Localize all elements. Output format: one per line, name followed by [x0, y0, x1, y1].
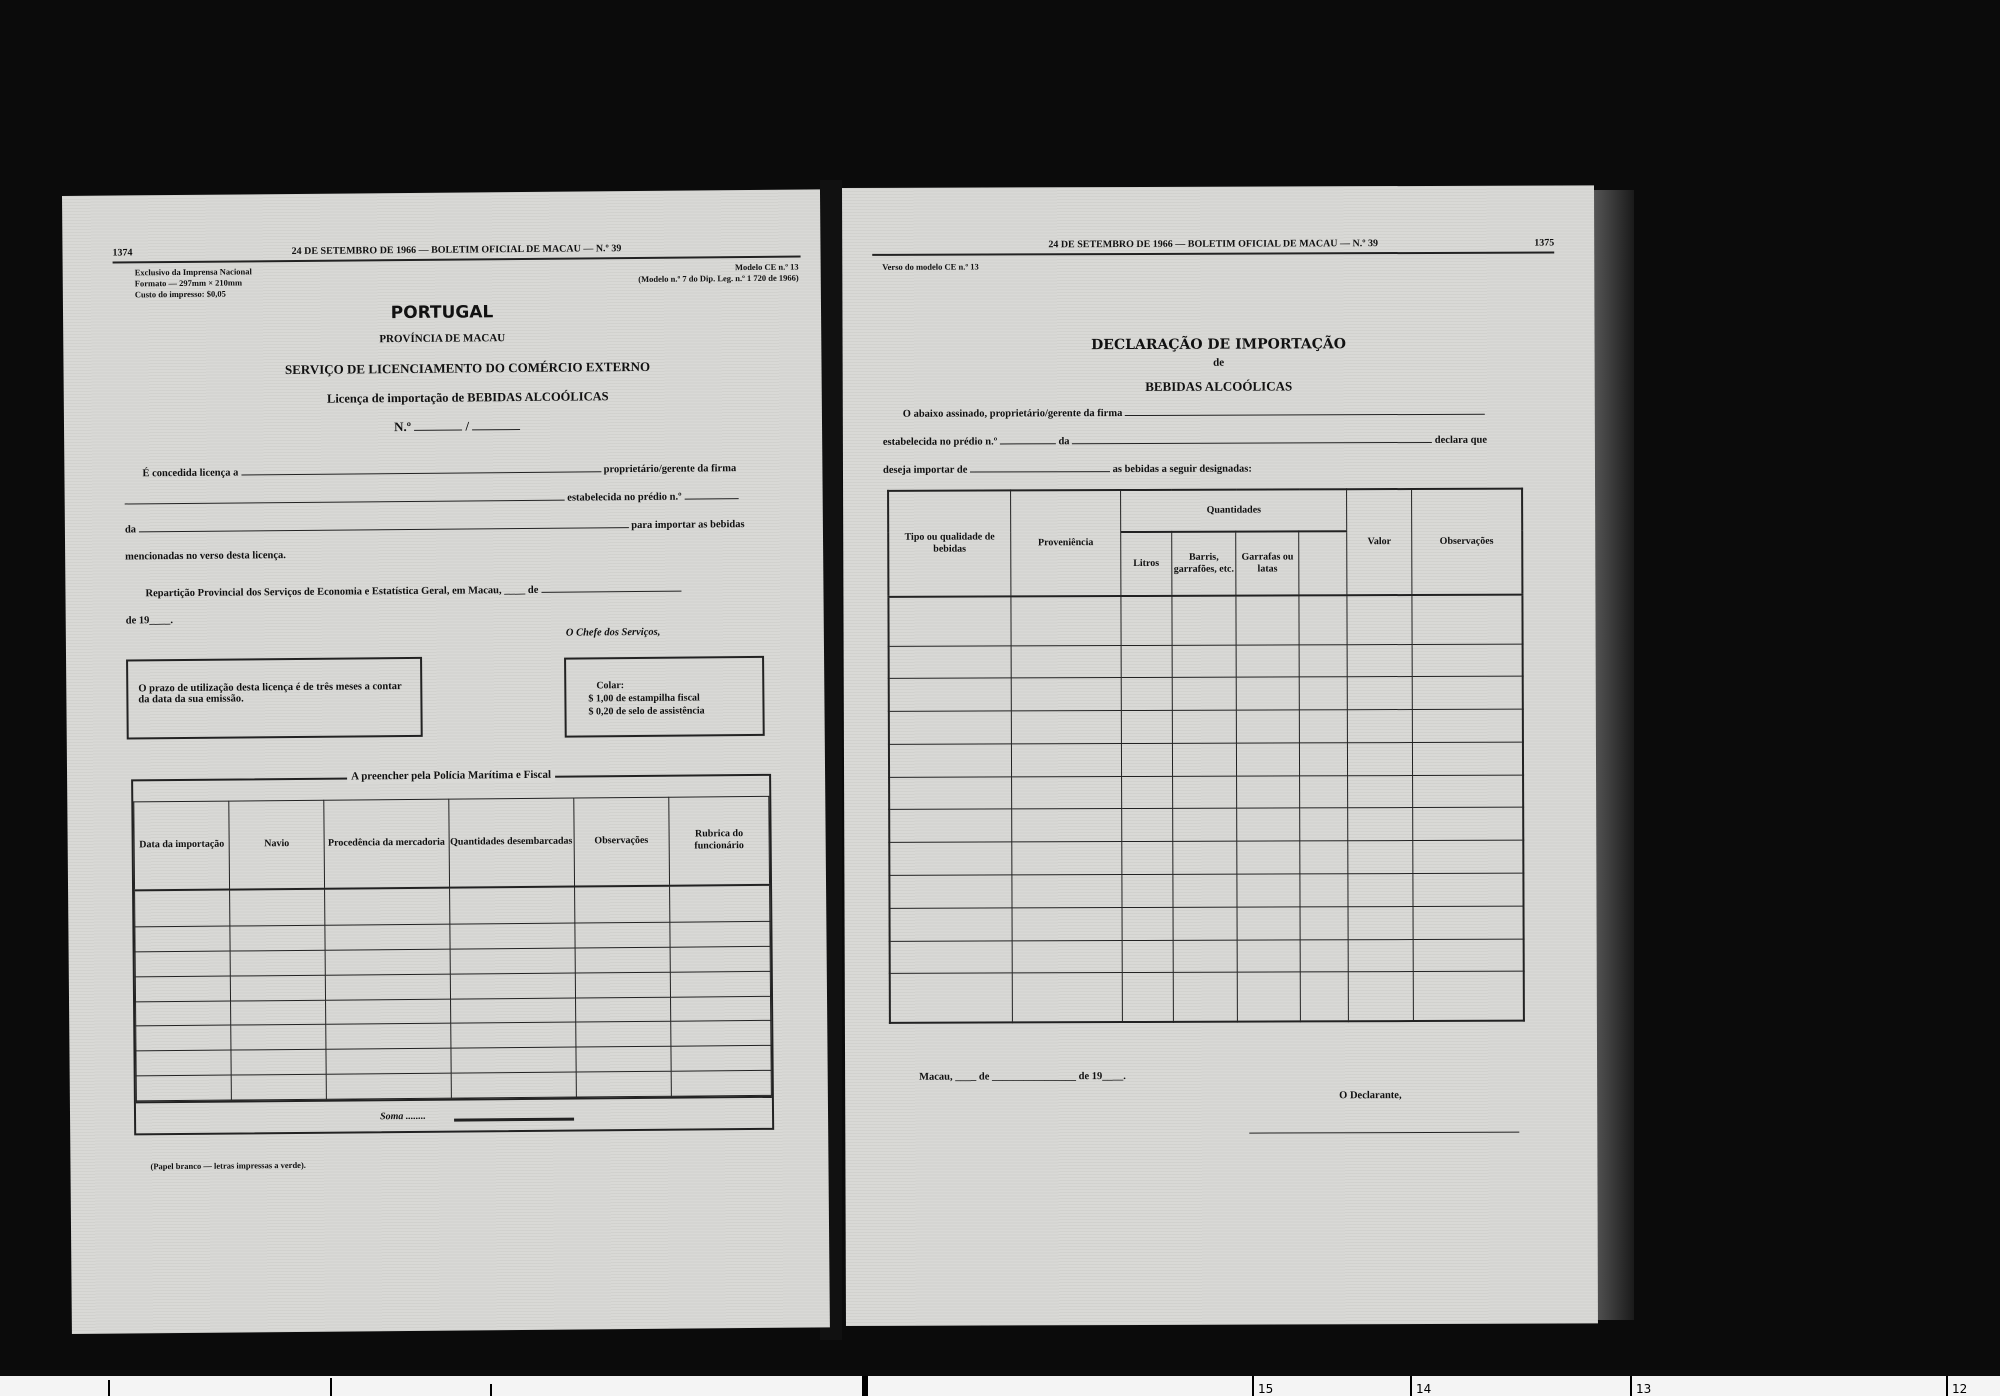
table-row [889, 775, 1523, 810]
label-building-no: estabelecida no prédio n.º [567, 492, 681, 504]
license-line-6: de 19____. [126, 615, 173, 626]
running-head: 24 DE SETEMBRO DE 1966 — BOLETIM OFICIAL… [872, 236, 1554, 256]
heading-portugal: PORTUGAL [63, 299, 821, 326]
label-owner-manager: proprietário/gerente da firma [604, 463, 737, 475]
month-field[interactable] [541, 581, 681, 593]
declarant-label: O Declarante, [1339, 1090, 1401, 1101]
label-import-from: deseja importar de [883, 465, 967, 476]
signature-chief: O Chefe dos Serviços, [566, 627, 661, 639]
table-row [889, 742, 1523, 777]
col-quantities-unloaded: Quantidades desembarcadas [448, 798, 574, 887]
license-number: N.º / [394, 418, 520, 435]
license-line-3: da para importar as bebidas [125, 516, 785, 536]
model-legal-ref: (Modelo n.º 7 do Dip. Leg. n.º 1 720 de … [638, 273, 799, 285]
number-label: N.º [394, 419, 411, 434]
number-separator: / [465, 418, 469, 433]
label-licensee: É concedida licença a [142, 467, 238, 479]
province-title: PROVÍNCIA DE MACAU [63, 329, 821, 348]
declaration-title-de: de [843, 355, 1595, 370]
validity-text: O prazo de utilização desta licença é de… [138, 681, 401, 705]
office-date-label: Repartição Provincial dos Serviços de Ec… [145, 585, 538, 599]
label-da: da [125, 524, 136, 535]
col-origin: Procedência da mercadoria [324, 799, 449, 888]
label-drinks-designated: as bebidas a seguir designadas: [1113, 464, 1252, 475]
page-edge [1594, 190, 1634, 1320]
running-head-title: 24 DE SETEMBRO DE 1966 — BOLETIM OFICIAL… [112, 242, 800, 259]
license-line-2: estabelecida no prédio n.º [125, 488, 785, 508]
table-row [889, 677, 1523, 712]
license-line-1: É concedida licença a proprietário/geren… [142, 460, 782, 480]
declaration-subtitle: BEBIDAS ALCOÓLICAS [843, 377, 1595, 396]
declaration-line-1: O abaixo assinado, proprietário/gerente … [903, 404, 1543, 420]
ruler-tick [330, 1378, 332, 1396]
license-year-field[interactable] [472, 419, 520, 430]
ruler-tick [490, 1384, 492, 1396]
ruler-tick [1946, 1376, 1948, 1396]
col-official-signature: Rubrica do funcionário [669, 796, 770, 885]
model-reference: Modelo CE n.º 13 (Modelo n.º 7 do Dip. L… [638, 262, 799, 285]
col-notes: Observações [1411, 489, 1522, 595]
table-row [890, 906, 1524, 941]
sum-label: Soma ........ [380, 1111, 426, 1122]
imprint-block: Exclusivo da Imprensa Nacional Formato —… [135, 266, 253, 300]
licensee-field[interactable] [241, 461, 601, 475]
col-litres: Litros [1121, 532, 1172, 596]
label-da: da [1058, 436, 1069, 447]
declarant-signature-line[interactable] [1249, 1132, 1519, 1134]
ruler-tick [1630, 1376, 1632, 1396]
street-field[interactable] [139, 517, 629, 532]
building-number-field[interactable] [1000, 433, 1056, 444]
ruler-tick [1252, 1376, 1254, 1396]
ruler-label: 13 [1636, 1382, 1651, 1396]
table-row [135, 884, 770, 927]
declaration-line-3: deseja importar de as bebidas a seguir d… [883, 459, 1563, 475]
declaration-line-2: estabelecida no prédio n.º da declara qu… [883, 431, 1563, 447]
col-import-date: Data da importação [134, 801, 230, 890]
table-row [889, 644, 1523, 679]
running-head: 1374 24 DE SETEMBRO DE 1966 — BOLETIM OF… [112, 240, 800, 264]
label-undersigned: O abaixo assinado, proprietário/gerente … [903, 408, 1123, 420]
police-section-title: A preencher pela Polícia Marítima e Fisc… [133, 767, 769, 785]
table-row [890, 971, 1524, 1022]
sum-row: Soma ........ [136, 1096, 772, 1136]
right-page: 24 DE SETEMBRO DE 1966 — BOLETIM OFICIAL… [842, 185, 1598, 1326]
form-title: Licença de importação de BEBIDAS ALCOÓLI… [114, 387, 822, 408]
place-date-line: Macau, ____ de ________________ de 19___… [919, 1071, 1126, 1083]
declaration-title: DECLARAÇÃO DE IMPORTAÇÃO [843, 335, 1595, 354]
table-row [889, 873, 1523, 908]
scanner-ruler: 15 14 13 12 [0, 1376, 2000, 1396]
license-line-5: Repartição Provincial dos Serviços de Ec… [145, 580, 785, 600]
service-title: SERVIÇO DE LICENCIAMENTO DO COMÉRCIO EXT… [113, 357, 821, 379]
ruler-label: 14 [1416, 1382, 1431, 1396]
table-row [888, 595, 1522, 646]
ruler-tick [862, 1376, 868, 1396]
imprint-line: Custo do impresso: $0,05 [135, 288, 252, 300]
ruler-label: 15 [1258, 1382, 1273, 1396]
footnote: (Papel branco — letras impressas a verde… [150, 1160, 306, 1172]
label-building-no: estabelecida no prédio n.º [883, 436, 997, 447]
table-row [890, 939, 1524, 974]
license-line-4: mencionadas no verso desta licença. [125, 550, 286, 562]
stamp-assistance: $ 0,20 de selo de assistência [588, 704, 762, 719]
label-to-import: para importar as bebidas [631, 519, 744, 531]
ruler-tick [108, 1380, 110, 1396]
col-provenance: Proveniência [1010, 490, 1121, 596]
stamp-box: Colar: $ 1,00 de estampilha fiscal $ 0,2… [564, 656, 765, 738]
declaration-table: Tipo ou qualidade de bebidas Proveniênci… [887, 488, 1525, 1024]
col-barrels: Barris, garrafões, etc. [1171, 532, 1236, 596]
table-row [889, 840, 1523, 875]
col-observations: Observações [573, 797, 669, 886]
label-declares: declara que [1435, 435, 1487, 446]
col-group-quantities: Quantidades [1121, 489, 1347, 532]
col-drink-type: Tipo ou qualidade de bebidas [888, 490, 1011, 596]
col-value: Valor [1347, 489, 1412, 595]
imprint-line: Formato — 297mm × 210mm [135, 277, 252, 289]
running-head-title: 24 DE SETEMBRO DE 1966 — BOLETIM OFICIAL… [872, 238, 1554, 251]
street-field[interactable] [1072, 432, 1432, 444]
sum-field[interactable] [454, 1118, 574, 1122]
page-number: 1375 [1534, 238, 1554, 249]
ruler-tick [1410, 1376, 1412, 1396]
license-number-field[interactable] [414, 420, 462, 431]
col-blank [1299, 531, 1348, 595]
verso-reference: Verso do modelo CE n.º 13 [882, 262, 979, 273]
building-number-field[interactable] [684, 488, 738, 499]
col-ship: Navio [229, 800, 325, 889]
firm-field[interactable] [1125, 404, 1485, 416]
col-bottles: Garrafas ou latas [1236, 531, 1299, 595]
validity-box: O prazo de utilização desta licença é de… [126, 657, 423, 740]
left-page: 1374 24 DE SETEMBRO DE 1966 — BOLETIM OF… [62, 189, 830, 1334]
firm-name-field[interactable] [125, 490, 565, 505]
police-table: Data da importação Navio Procedência da … [133, 796, 772, 1102]
import-origin-field[interactable] [970, 461, 1110, 472]
table-row [889, 709, 1523, 744]
table-row [889, 808, 1523, 843]
ruler-label: 12 [1952, 1382, 1967, 1396]
